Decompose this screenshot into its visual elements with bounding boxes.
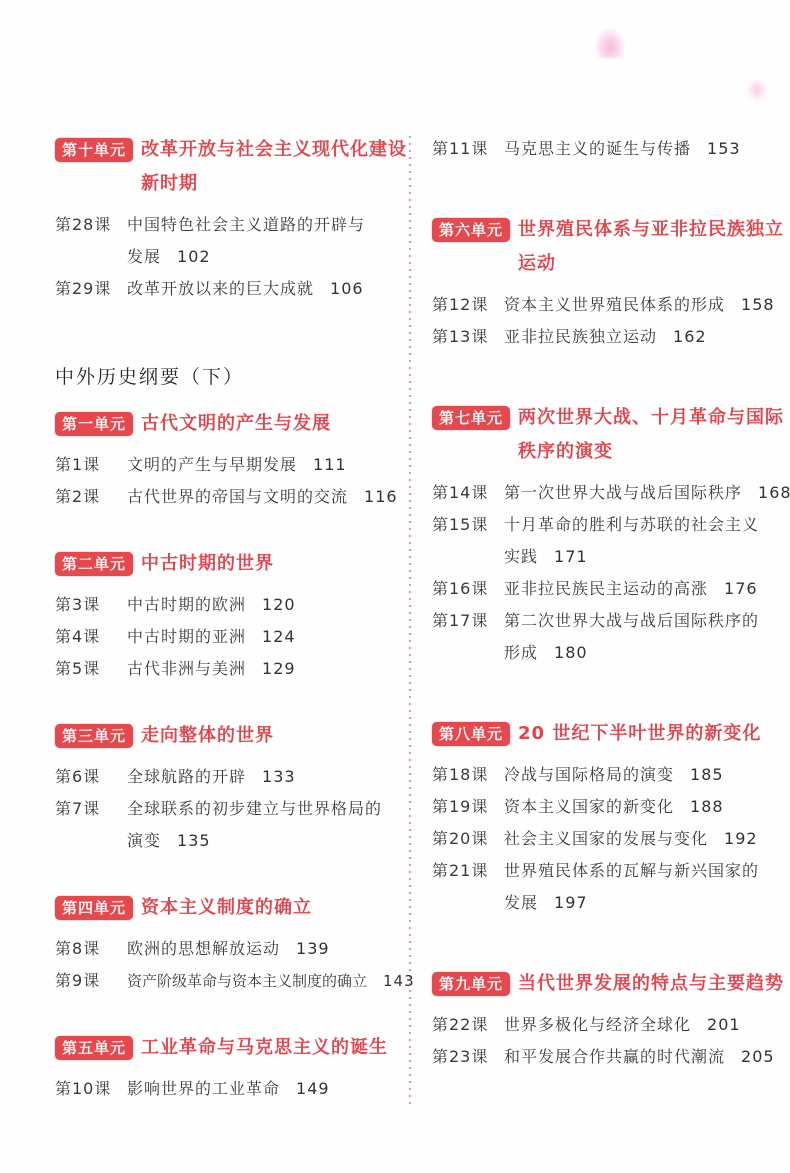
unit-title: 两次世界大战、十月革命与国际秩序的演变 bbox=[518, 401, 784, 469]
course-row: 第9课 资产阶级革命与资本主义制度的确立143 bbox=[55, 965, 407, 997]
page-number: 168 bbox=[758, 483, 790, 502]
page-number: 162 bbox=[673, 327, 707, 346]
course-label: 第13课 bbox=[432, 321, 504, 353]
course-row: 第12课 资本主义世界殖民体系的形成158 bbox=[432, 289, 784, 321]
course-row: 第18课 冷战与国际格局的演变185 bbox=[432, 759, 784, 791]
course-label: 第20课 bbox=[432, 823, 504, 855]
course-title-wrap: 第二次世界大战与战后国际秩序的形成180 bbox=[504, 605, 762, 669]
course-label: 第12课 bbox=[432, 289, 504, 321]
course-label: 第15课 bbox=[432, 509, 504, 573]
course-title: 古代世界的帝国与文明的交流 bbox=[127, 487, 348, 506]
course-row: 第5课 古代非洲与美洲129 bbox=[55, 653, 407, 685]
unit-header-4: 第四单元 资本主义制度的确立 bbox=[55, 891, 407, 925]
page-number: 153 bbox=[707, 139, 741, 158]
course-title-wrap: 世界殖民体系的瓦解与新兴国家的发展197 bbox=[504, 855, 762, 919]
course-title: 资本主义国家的新变化 bbox=[504, 797, 674, 816]
unit-header-6: 第六单元 世界殖民体系与亚非拉民族独立运动 bbox=[432, 213, 784, 281]
course-title-wrap: 全球航路的开辟133 bbox=[127, 761, 296, 793]
course-row: 第15课 十月革命的胜利与苏联的社会主义实践171 bbox=[432, 509, 784, 573]
unit-title: 当代世界发展的特点与主要趋势 bbox=[518, 967, 784, 1001]
course-title: 欧洲的思想解放运动 bbox=[127, 939, 280, 958]
course-title: 社会主义国家的发展与变化 bbox=[504, 829, 708, 848]
course-label: 第18课 bbox=[432, 759, 504, 791]
page-number: 106 bbox=[330, 279, 364, 298]
page-number: 180 bbox=[554, 643, 588, 662]
course-title: 第一次世界大战与战后国际秩序 bbox=[504, 483, 742, 502]
unit-title: 工业革命与马克思主义的诞生 bbox=[141, 1031, 388, 1065]
course-title: 第二次世界大战与战后国际秩序的形成 bbox=[504, 611, 759, 662]
course-row: 第13课 亚非拉民族独立运动162 bbox=[432, 321, 784, 353]
course-title-wrap: 社会主义国家的发展与变化192 bbox=[504, 823, 758, 855]
course-row: 第28课 中国特色社会主义道路的开辟与发展102 bbox=[55, 209, 407, 273]
course-row: 第29课 改革开放以来的巨大成就106 bbox=[55, 273, 407, 305]
course-title: 中古时期的亚洲 bbox=[127, 627, 246, 646]
course-label: 第19课 bbox=[432, 791, 504, 823]
page-number: 192 bbox=[724, 829, 758, 848]
course-title: 中国特色社会主义道路的开辟与发展 bbox=[127, 215, 365, 266]
course-label: 第11课 bbox=[432, 133, 504, 165]
course-label: 第28课 bbox=[55, 209, 127, 273]
unit-header-1: 第一单元 古代文明的产生与发展 bbox=[55, 407, 407, 441]
page-number: 171 bbox=[554, 547, 588, 566]
course-title: 古代非洲与美洲 bbox=[127, 659, 246, 678]
page-number: 135 bbox=[177, 831, 211, 850]
column-divider bbox=[409, 136, 411, 1106]
unit-header-7: 第七单元 两次世界大战、十月革命与国际秩序的演变 bbox=[432, 401, 784, 469]
course-title: 冷战与国际格局的演变 bbox=[504, 765, 674, 784]
page-number: 201 bbox=[707, 1015, 741, 1034]
course-row: 第11课 马克思主义的诞生与传播153 bbox=[432, 133, 784, 165]
course-title-wrap: 亚非拉民族独立运动162 bbox=[504, 321, 707, 353]
course-row: 第19课 资本主义国家的新变化188 bbox=[432, 791, 784, 823]
unit-badge: 第九单元 bbox=[432, 972, 510, 996]
course-row: 第1课 文明的产生与早期发展111 bbox=[55, 449, 407, 481]
course-title-wrap: 和平发展合作共赢的时代潮流205 bbox=[504, 1041, 775, 1073]
unit-title: 古代文明的产生与发展 bbox=[141, 407, 331, 441]
page-number: 111 bbox=[313, 455, 347, 474]
course-title-wrap: 中古时期的欧洲120 bbox=[127, 589, 296, 621]
course-title: 资产阶级革命与资本主义制度的确立 bbox=[127, 972, 367, 990]
course-title-wrap: 资本主义国家的新变化188 bbox=[504, 791, 724, 823]
page-number: 139 bbox=[296, 939, 330, 958]
unit-badge: 第五单元 bbox=[55, 1036, 133, 1060]
course-row: 第21课 世界殖民体系的瓦解与新兴国家的发展197 bbox=[432, 855, 784, 919]
unit-badge: 第八单元 bbox=[432, 722, 510, 746]
course-title: 改革开放以来的巨大成就 bbox=[127, 279, 314, 298]
course-label: 第22课 bbox=[432, 1009, 504, 1041]
unit-header-9: 第九单元 当代世界发展的特点与主要趋势 bbox=[432, 967, 784, 1001]
ink-smudge bbox=[595, 28, 625, 58]
course-label: 第5课 bbox=[55, 653, 127, 685]
page-number: 197 bbox=[554, 893, 588, 912]
unit-title: 世界殖民体系与亚非拉民族独立运动 bbox=[518, 213, 784, 281]
course-title: 全球航路的开辟 bbox=[127, 767, 246, 786]
course-title-wrap: 古代非洲与美洲129 bbox=[127, 653, 296, 685]
page-number: 143 bbox=[383, 972, 415, 990]
unit-badge: 第七单元 bbox=[432, 406, 510, 430]
page-number: 185 bbox=[690, 765, 724, 784]
unit-header-2: 第二单元 中古时期的世界 bbox=[55, 547, 407, 581]
course-title-wrap: 中古时期的亚洲124 bbox=[127, 621, 296, 653]
course-row: 第4课 中古时期的亚洲124 bbox=[55, 621, 407, 653]
course-label: 第23课 bbox=[432, 1041, 504, 1073]
course-title: 马克思主义的诞生与传播 bbox=[504, 139, 691, 158]
page-number: 124 bbox=[262, 627, 296, 646]
course-title-wrap: 资本主义世界殖民体系的形成158 bbox=[504, 289, 775, 321]
course-label: 第9课 bbox=[55, 965, 127, 997]
course-row: 第10课 影响世界的工业革命149 bbox=[55, 1073, 407, 1105]
course-title-wrap: 文明的产生与早期发展111 bbox=[127, 449, 347, 481]
unit-badge: 第四单元 bbox=[55, 896, 133, 920]
course-title-wrap: 资产阶级革命与资本主义制度的确立143 bbox=[127, 965, 415, 997]
page-number: 133 bbox=[262, 767, 296, 786]
page-number: 188 bbox=[690, 797, 724, 816]
unit-badge: 第六单元 bbox=[432, 218, 510, 242]
course-label: 第21课 bbox=[432, 855, 504, 919]
course-label: 第7课 bbox=[55, 793, 127, 857]
course-title: 十月革命的胜利与苏联的社会主义实践 bbox=[504, 515, 759, 566]
unit-badge: 第十单元 bbox=[55, 138, 133, 162]
course-row: 第8课 欧洲的思想解放运动139 bbox=[55, 933, 407, 965]
page-number: 149 bbox=[296, 1079, 330, 1098]
unit-title: 中古时期的世界 bbox=[141, 547, 274, 581]
page-number: 116 bbox=[364, 487, 398, 506]
page-number: 102 bbox=[177, 247, 211, 266]
unit-header-10: 第十单元 改革开放与社会主义现代化建设新时期 bbox=[55, 133, 407, 201]
course-label: 第17课 bbox=[432, 605, 504, 669]
course-row: 第17课 第二次世界大战与战后国际秩序的形成180 bbox=[432, 605, 784, 669]
course-title-wrap: 冷战与国际格局的演变185 bbox=[504, 759, 724, 791]
course-title-wrap: 十月革命的胜利与苏联的社会主义实践171 bbox=[504, 509, 762, 573]
course-row: 第3课 中古时期的欧洲120 bbox=[55, 589, 407, 621]
course-title: 世界多极化与经济全球化 bbox=[504, 1015, 691, 1034]
course-label: 第29课 bbox=[55, 273, 127, 305]
course-row: 第20课 社会主义国家的发展与变化192 bbox=[432, 823, 784, 855]
course-title-wrap: 全球联系的初步建立与世界格局的演变135 bbox=[127, 793, 385, 857]
course-title: 文明的产生与早期发展 bbox=[127, 455, 297, 474]
course-title: 全球联系的初步建立与世界格局的演变 bbox=[127, 799, 382, 850]
course-title: 和平发展合作共赢的时代潮流 bbox=[504, 1047, 725, 1066]
unit-header-3: 第三单元 走向整体的世界 bbox=[55, 719, 407, 753]
course-label: 第2课 bbox=[55, 481, 127, 513]
ink-smudge bbox=[746, 78, 768, 102]
course-row: 第6课 全球航路的开辟133 bbox=[55, 761, 407, 793]
page-number: 120 bbox=[262, 595, 296, 614]
course-title-wrap: 亚非拉民族民主运动的高涨176 bbox=[504, 573, 758, 605]
course-row: 第7课 全球联系的初步建立与世界格局的演变135 bbox=[55, 793, 407, 857]
column-left: 第十单元 改革开放与社会主义现代化建设新时期 第28课 中国特色社会主义道路的开… bbox=[55, 133, 407, 1105]
course-label: 第16课 bbox=[432, 573, 504, 605]
course-label: 第8课 bbox=[55, 933, 127, 965]
unit-title: 20 世纪下半叶世界的新变化 bbox=[518, 717, 761, 751]
unit-badge: 第二单元 bbox=[55, 552, 133, 576]
course-title-wrap: 古代世界的帝国与文明的交流116 bbox=[127, 481, 398, 513]
toc-page: 第十单元 改革开放与社会主义现代化建设新时期 第28课 中国特色社会主义道路的开… bbox=[0, 0, 790, 1173]
unit-badge: 第一单元 bbox=[55, 412, 133, 436]
unit-title: 改革开放与社会主义现代化建设新时期 bbox=[141, 133, 407, 201]
course-title-wrap: 改革开放以来的巨大成就106 bbox=[127, 273, 364, 305]
course-label: 第3课 bbox=[55, 589, 127, 621]
course-row: 第22课 世界多极化与经济全球化201 bbox=[432, 1009, 784, 1041]
course-title-wrap: 欧洲的思想解放运动139 bbox=[127, 933, 330, 965]
course-row: 第14课 第一次世界大战与战后国际秩序168 bbox=[432, 477, 784, 509]
course-title-wrap: 中国特色社会主义道路的开辟与发展102 bbox=[127, 209, 372, 273]
course-label: 第10课 bbox=[55, 1073, 127, 1105]
course-label: 第1课 bbox=[55, 449, 127, 481]
page-number: 176 bbox=[724, 579, 758, 598]
page-number: 129 bbox=[262, 659, 296, 678]
course-label: 第4课 bbox=[55, 621, 127, 653]
course-label: 第14课 bbox=[432, 477, 504, 509]
unit-header-8: 第八单元 20 世纪下半叶世界的新变化 bbox=[432, 717, 784, 751]
course-title: 世界殖民体系的瓦解与新兴国家的发展 bbox=[504, 861, 759, 912]
unit-badge: 第三单元 bbox=[55, 724, 133, 748]
course-row: 第23课 和平发展合作共赢的时代潮流205 bbox=[432, 1041, 784, 1073]
page-number: 205 bbox=[741, 1047, 775, 1066]
course-title: 亚非拉民族民主运动的高涨 bbox=[504, 579, 708, 598]
course-title: 亚非拉民族独立运动 bbox=[504, 327, 657, 346]
page-number: 158 bbox=[741, 295, 775, 314]
course-title-wrap: 世界多极化与经济全球化201 bbox=[504, 1009, 741, 1041]
course-title-wrap: 第一次世界大战与战后国际秩序168 bbox=[504, 477, 790, 509]
course-title: 影响世界的工业革命 bbox=[127, 1079, 280, 1098]
course-title: 中古时期的欧洲 bbox=[127, 595, 246, 614]
series-heading: 中外历史纲要（下） bbox=[55, 362, 407, 392]
course-row: 第16课 亚非拉民族民主运动的高涨176 bbox=[432, 573, 784, 605]
course-title-wrap: 马克思主义的诞生与传播153 bbox=[504, 133, 741, 165]
unit-title: 走向整体的世界 bbox=[141, 719, 274, 753]
unit-header-5: 第五单元 工业革命与马克思主义的诞生 bbox=[55, 1031, 407, 1065]
course-title-wrap: 影响世界的工业革命149 bbox=[127, 1073, 330, 1105]
column-right: 第11课 马克思主义的诞生与传播153 第六单元 世界殖民体系与亚非拉民族独立运… bbox=[432, 133, 784, 1073]
course-label: 第6课 bbox=[55, 761, 127, 793]
unit-title: 资本主义制度的确立 bbox=[141, 891, 312, 925]
course-row: 第2课 古代世界的帝国与文明的交流116 bbox=[55, 481, 407, 513]
course-title: 资本主义世界殖民体系的形成 bbox=[504, 295, 725, 314]
